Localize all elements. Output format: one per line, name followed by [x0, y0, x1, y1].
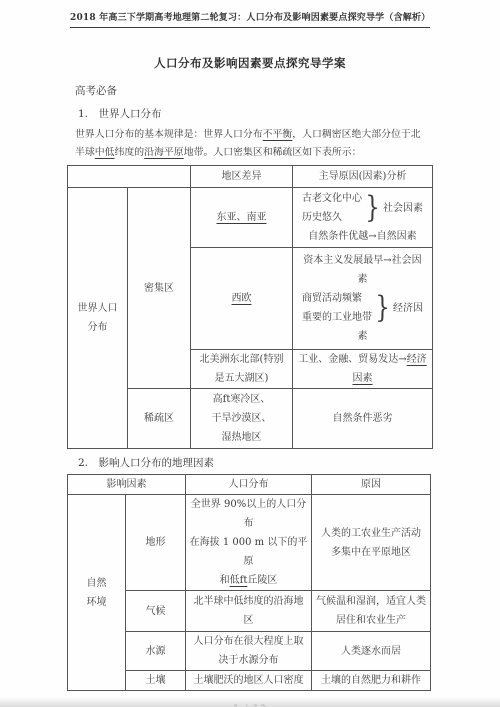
distribution-cell-soil: 土壤肥沃的地区人口密度: [186, 671, 312, 691]
reason-cell-sparse: 自然条件恶劣: [293, 389, 433, 449]
intro-paragraph: 世界人口分布的基本规律是：世界人口分布不平衡，人口稠密区绝大部分位于北半球中低纬…: [75, 126, 428, 161]
factor-cell-terrain: 地形: [126, 495, 186, 591]
reason-cell-water: 人类逐水而居: [312, 632, 431, 671]
section2-heading: 2. 影响人口分布的地理因素: [78, 455, 500, 470]
table1-header-region: 地区差异: [191, 166, 293, 188]
reason-cell-west-europe: 资本主义发展最早→社会因素 商贸活动频繁重要的工业地带 } 经济因 素: [293, 248, 433, 350]
factor-cell-climate: 气候: [126, 591, 186, 632]
table2-header-reason: 原因: [312, 475, 431, 495]
table1-header-blank-cell: [68, 166, 191, 188]
region-cell-east-asia: 东亚、南亚: [191, 188, 293, 248]
section1-heading: 1. 世界人口分布: [78, 106, 500, 121]
region-cell-sparse: 高ft寒冷区、干旱沙漠区、湿热地区: [191, 389, 293, 449]
brace-label: 社会因素: [383, 199, 423, 218]
page-title: 人口分布及影响因素要点探究导学案: [0, 55, 500, 71]
prep-label: 高考必备: [75, 83, 500, 98]
document-page: 2018 年高三下学期高考地理第二轮复习：人口分布及影响因素要点探究导学（含解析…: [0, 0, 500, 707]
brace-label: 经济因: [393, 299, 423, 318]
reason-before: 资本主义发展最早→社会因素: [295, 251, 430, 289]
reason-cell-north-america: 工业、金融、贸易发达→经济因素: [293, 350, 433, 389]
document-header-line: 2018 年高三下学期高考地理第二轮复习：人口分布及影响因素要点探究导学（含解析…: [70, 10, 430, 28]
table2-header-distribution: 人口分布: [186, 475, 312, 495]
region-cell-north-america: 北美洲东北部(特别是五大湖区): [191, 350, 293, 389]
factor-cell-soil: 土壤: [126, 671, 186, 691]
influence-factors-table: 影响因素 人口分布 原因 自然环境 地形 全世界 90%以上的人口分布在海拔 1…: [67, 474, 431, 691]
table1-group-label: 世界人口分布: [68, 188, 128, 449]
reason-cell-climate: 气候温和湿润，适宜人类居住和农业生产: [312, 591, 431, 632]
table1-header-reason: 主导原因(因素)分析: [293, 166, 433, 188]
reason-after: 自然条件优越→自然因素: [295, 227, 430, 246]
brace-items: 古老文化中心历史悠久: [302, 189, 362, 227]
reason-after: 素: [295, 327, 430, 346]
reason-cell-east-asia: 古老文化中心历史悠久 } 社会因素 自然条件优越→自然因素: [293, 188, 433, 248]
table2-header-factor: 影响因素: [68, 475, 186, 495]
region-cell-west-europe: 西欧: [191, 248, 293, 350]
distribution-cell-terrain: 全世界 90%以上的人口分布在海拔 1 000 m 以下的平原和低ft丘陵区: [186, 495, 312, 591]
brace-icon: }: [365, 193, 379, 223]
brace-group: 古老文化中心历史悠久 } 社会因素: [295, 189, 430, 227]
brace-group: 商贸活动频繁重要的工业地带 } 经济因: [295, 289, 430, 327]
table1-sparse-label: 稀疏区: [128, 389, 191, 449]
brace-items: 商贸活动频繁重要的工业地带: [302, 289, 372, 327]
brace-icon: }: [375, 293, 389, 323]
distribution-cell-water: 人口分布在很大程度上取决于水源分布: [186, 632, 312, 671]
table2-group-label: 自然环境: [68, 495, 126, 691]
factor-cell-water: 水源: [126, 632, 186, 671]
reason-cell-terrain: 人类的工农业生产活动多集中在平原地区: [312, 495, 431, 591]
distribution-cell-climate: 北半球中低纬度的沿海地区: [186, 591, 312, 632]
page-bottom-shadow: [0, 697, 500, 707]
table1-dense-label: 密集区: [128, 188, 191, 389]
world-population-table: 地区差异 主导原因(因素)分析 世界人口分布 密集区 东亚、南亚 古老文化中心历…: [67, 165, 433, 449]
reason-cell-soil: 土壤的自然肥力和耕作: [312, 671, 431, 691]
